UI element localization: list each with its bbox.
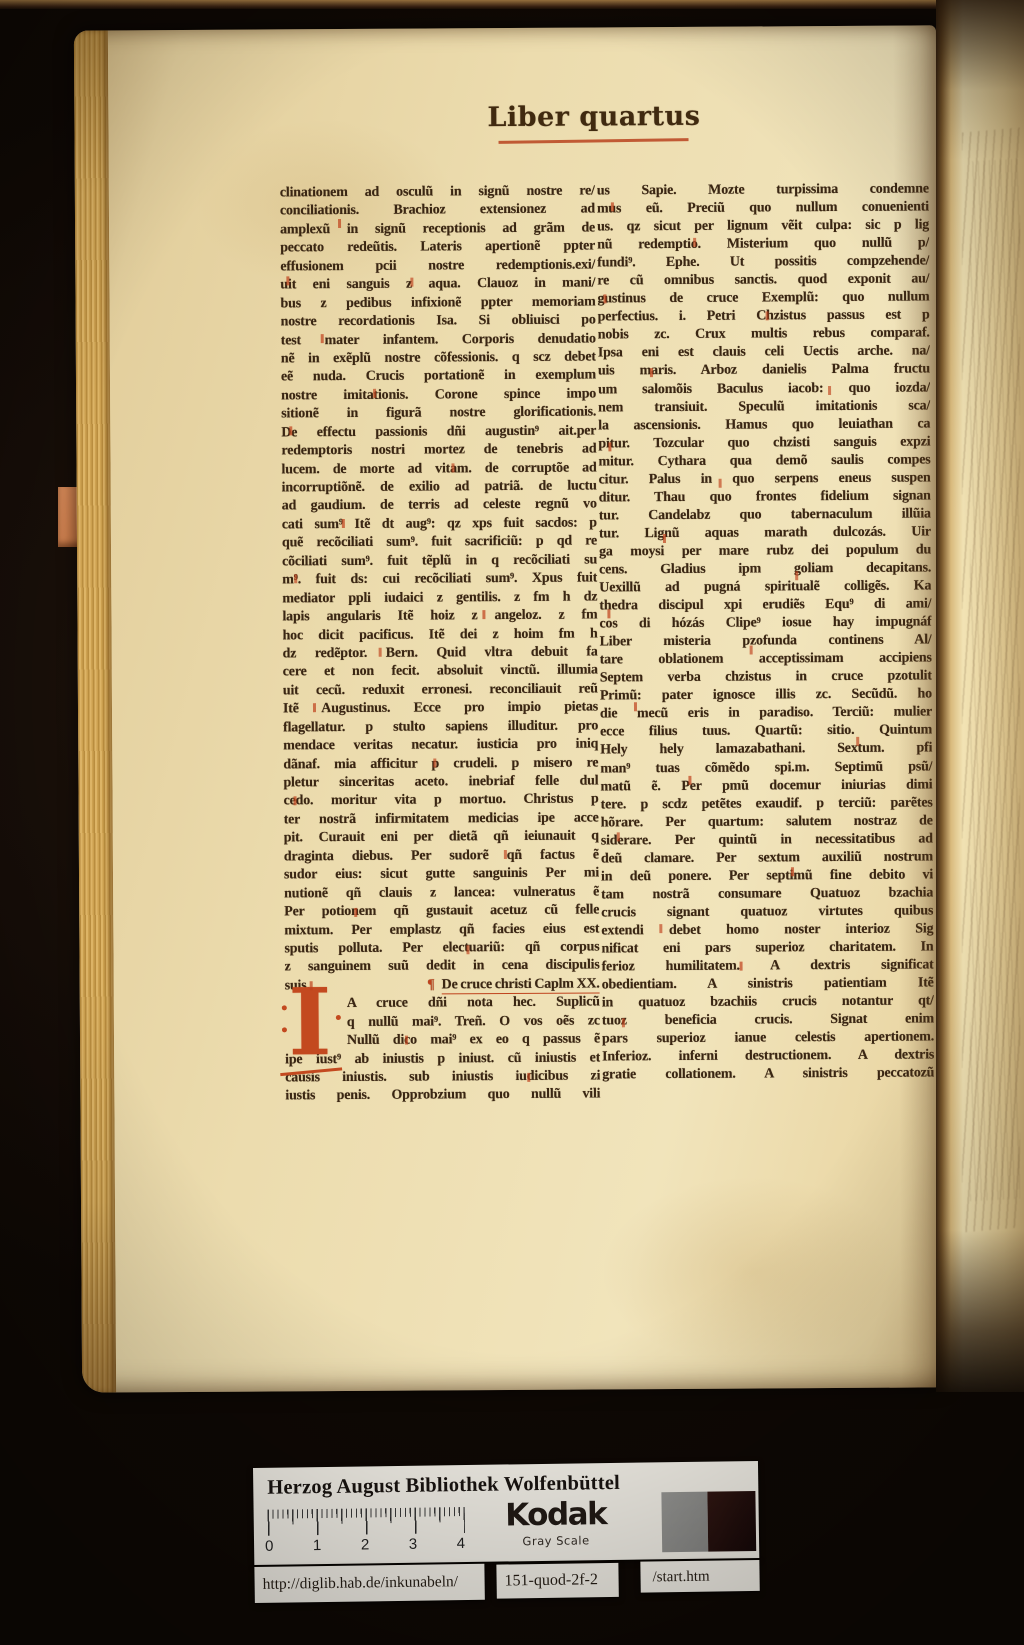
chapter-heading: De cruce christi Caplm XX. xyxy=(442,976,600,995)
text-line: Uexillũ ad pugná spiritualẽ colligẽs. Ka xyxy=(599,577,931,597)
text-line: us Sapie. Mozte turpissima condemne xyxy=(597,180,929,200)
text-line: tare oblationem acceptissimam accipiens xyxy=(600,650,932,670)
header-underline xyxy=(499,138,689,143)
facing-page-edge xyxy=(936,0,1024,1392)
gray-patch xyxy=(661,1492,708,1553)
text-line: test mater infantem. Corporis denudatio xyxy=(281,330,596,350)
text-line: pitur. Tozcular quo chzisti sanguis expz… xyxy=(598,433,930,453)
ruler-ticks xyxy=(268,1507,465,1538)
text-line: uis maris. Arboz danielis Palma fructu xyxy=(598,361,930,381)
text-line: man⁹ tuas cõmẽdo spi.m. Septimũ psũ/ xyxy=(600,758,932,778)
text-line: nificat eni pars superioz charitatem. In xyxy=(601,938,933,958)
text-line: cere et non fecit. absoluit vinctũ. illu… xyxy=(283,662,598,682)
ruler-number: 2 xyxy=(361,1536,370,1554)
text-line: tam nostrã consumare Quatuoz bzachia xyxy=(601,884,933,904)
text-line: tuoz beneficia crucis. Signat enim xyxy=(602,1011,934,1031)
text-line: tur. Candelabz quo tabernaculum illũia xyxy=(599,505,931,525)
text-line: nostre imitationis. Corone spince impo xyxy=(281,385,596,405)
text-line: matũ ẽ. Per pmũ docemur iniurias dimi xyxy=(600,776,932,796)
text-line: clinationem ad osculũ in signũ nostre re… xyxy=(280,182,595,202)
ruler-numbers: 01234 xyxy=(265,1535,465,1556)
text-line: De effectu passionis dñi augustin⁹ ait.p… xyxy=(281,422,596,442)
text-line: cens. Gladius ipm goliam decapitans. xyxy=(599,559,931,579)
text-line: hoc dicit pacificus. Itẽ dei z hoim fm h xyxy=(282,625,597,645)
text-line: ecce filius tuus. Quartũ: sitio. Quintum xyxy=(600,722,932,742)
kodak-logo: Kodak xyxy=(495,1497,615,1533)
text-line: iustis penis. Opprobzium quo nullũ vili xyxy=(285,1086,600,1106)
text-line: sitionẽ in figurã nostre glorificationis… xyxy=(281,404,596,424)
text-line: um salomõis Baculus iacob: quo iozda/ xyxy=(598,379,930,399)
text-line: ad gaudium. de terris ad celeste regnũ v… xyxy=(282,496,597,516)
text-line: nostre recordationis Isa. Si obliuisci p… xyxy=(281,312,596,332)
start-page-path: /start.htm xyxy=(652,1564,709,1591)
text-line: deũ clamare. Per sextum auxiliũ nostrum xyxy=(601,848,933,868)
text-line: pit. Curauit eni per dietã qñ ieiunauit … xyxy=(284,828,599,848)
ruler-number: 1 xyxy=(313,1537,322,1555)
text-line: sudor eius: sicut gutte sanguinis Per mi xyxy=(284,865,599,885)
text-line: mitur. Cythara qua demõ saulis compes xyxy=(598,451,930,471)
text-line: m⁹. fuit ds: cui recõciliati sum⁹. Xpus … xyxy=(282,570,597,590)
gray-scale-label: Gray Scale xyxy=(496,1533,616,1549)
fore-edge xyxy=(74,30,116,1392)
text-line: nũ redemptio. Misterium quo nullũ p/ xyxy=(597,235,929,255)
text-line: nobis zc. Crux multis rebus comparaf. xyxy=(598,325,930,345)
text-line: crucis signant quatuoz virtutes quibus xyxy=(601,902,933,922)
text-line: Hely hely lamazabathani. Sextum. pfi xyxy=(600,740,932,760)
text-line: lucem. de morte ad vitam. de corruptõe a… xyxy=(281,459,596,479)
facing-page-text-showthrough xyxy=(970,159,1020,1202)
text-line: siderare. Per quintũ in necessitatibus a… xyxy=(601,830,933,850)
text-line: gustinus de cruce Exemplũ: quo nullum xyxy=(597,289,929,309)
text-line: quẽ recõciliati sum⁹. fuit sacrificiũ: p… xyxy=(282,533,597,553)
text-line: nutionẽ qñ clauis z lancea: vulneratus ẽ xyxy=(284,883,599,903)
text-line: mendace veritas necatur. iusticia pro in… xyxy=(283,736,598,756)
text-line: obedientiam. A sinistris patientiam Itẽ xyxy=(602,974,934,994)
text-line: tur. Lignũ aquas marath dulcozás. Uir xyxy=(599,523,931,543)
color-target-label: Herzog August Bibliothek Wolfenbüttel 01… xyxy=(253,1461,760,1610)
text-line: ter nostrã infirmitatem medicias ipe acc… xyxy=(284,809,599,829)
text-line: thedra discipul xpi erudiẽs Equ⁹ di ami/ xyxy=(599,595,931,615)
table-edge xyxy=(0,0,1024,9)
text-line: Per potionem qñ gustauit acetuz cũ felle xyxy=(284,902,599,922)
text-line: mus eũ. Preciũ quo nullum conuenienti xyxy=(597,198,929,218)
text-line: citur. Palus in quo serpens eneus suspen xyxy=(599,469,931,489)
text-line: nem transiuit. Speculũ imitationis sca/ xyxy=(598,397,930,417)
text-line: perfectius. i. Petri Chzistus passus est… xyxy=(598,307,930,327)
text-line: ga moysi per mare rubz dei populum du xyxy=(599,541,931,561)
black-patch xyxy=(707,1491,756,1552)
text-line: effusionem pcii nostre redemptionis.exi/ xyxy=(280,256,595,276)
text-line: mediator ppli iudaici z gentilis. z fm h… xyxy=(282,588,597,608)
text-line: ferioz humilitatem. A dextris significat xyxy=(602,956,934,976)
page-stain xyxy=(601,1176,902,1368)
text-line: la ascensionis. Hamus quo leuiathan ca xyxy=(598,415,930,435)
text-line: draginta diebus. Per sudorẽ qñ factus ẽ xyxy=(284,846,599,866)
text-line: pletur sinceritas aceto. inebriaf felle … xyxy=(283,772,598,792)
text-line: in deũ ponere. Per septimũ fine debito v… xyxy=(601,866,933,886)
text-line: amplexũ in signũ receptionis ad grãm de xyxy=(280,219,595,239)
text-line: lapis angularis Itẽ hoiz z angeloz. z fm xyxy=(282,607,597,627)
text-line: gratie collationem. A sinistris peccatoz… xyxy=(602,1065,934,1085)
text-line: re cũ omnibus sanctis. quod exponit au/ xyxy=(597,271,929,291)
text-line: uit eni sanguis z aqua. Clauoz in mani/ xyxy=(280,275,595,295)
text-line: die mecũ eris in paradiso. Terciũ: mulie… xyxy=(600,704,932,724)
text-line: flagellatur. p stulto sapiens illuditur.… xyxy=(283,717,598,737)
text-line: ditur. Thau quo frontes fidelium signan xyxy=(599,487,931,507)
text-line: in quatuoz bzachiis crucis notantur qt/ xyxy=(602,993,934,1013)
text-line: nẽ in exẽplũ nostre cõfessionis. q scz d… xyxy=(281,348,596,368)
text-line: tere. p scdz petẽtes exaudif. p terciũ: … xyxy=(601,794,933,814)
page-header-title: Liber quartus xyxy=(486,101,701,134)
text-line: z sanguinem suũ dedit in cena discipulis xyxy=(285,957,600,977)
scan-photo: Liber quartus clinationem ad osculũ in s… xyxy=(0,0,1024,1645)
text-line: cõciliati sum⁹. fuit tẽplũ in q recõcili… xyxy=(282,551,597,571)
book-page: Liber quartus clinationem ad osculũ in s… xyxy=(74,25,944,1392)
text-line: redemptoris nostri mortez de tenebris ad xyxy=(281,441,596,461)
ruler-number: 3 xyxy=(409,1536,418,1554)
text-line: conciliationis. Brachioz extensionez ad xyxy=(280,201,595,221)
text-line: hõrare. Per quartum: salutem nostraz de xyxy=(601,812,933,832)
text-line: Septem verba chzistus in cruce pzotulit xyxy=(600,668,932,688)
text-line: mixtum. Per emplastz qñ facies eius est xyxy=(284,920,599,940)
text-line: peccato redeũtis. Lateris apertionẽ ppte… xyxy=(280,238,595,258)
ruler-number: 4 xyxy=(457,1535,466,1553)
ruler-number: 0 xyxy=(265,1538,274,1556)
text-column-right: us Sapie. Mozte turpissima condemnemus e… xyxy=(597,180,935,1084)
text-line: incorruptiõnẽ. de exilio ad patriã. de l… xyxy=(282,477,597,497)
ruler: 01234 xyxy=(268,1507,469,1562)
digitization-url: http://diglib.hab.de/inkunabeln/ xyxy=(262,1569,458,1598)
text-line: dãnaf. mia afficitur p crudeli. p misero… xyxy=(283,754,598,774)
text-line: Primũ: pater ignosce illis zc. Secũdũ. h… xyxy=(600,686,932,706)
text-line: extendi debet homo noster interioz Sig xyxy=(601,920,933,940)
text-line: cos di hózás Clipe⁹ iosue hay impugnáf xyxy=(599,614,931,634)
text-line: fundi⁹. Ephe. Ut possitis compzehende/ xyxy=(597,253,929,273)
text-line: dz redẽptor. Bern. Quid vltra debuit fa xyxy=(283,643,598,663)
text-line: bus z pedibus infixionẽ ppter memoriam xyxy=(280,293,595,313)
shelfmark: 151-quod-2f-2 xyxy=(504,1567,598,1594)
text-line: cati sum⁹ Itẽ dt aug⁹: qz xps fuit sacdo… xyxy=(282,514,597,534)
text-line: Inferioz. inferni destructionem. A dextr… xyxy=(602,1047,934,1067)
text-line: cedo. moritur vita p mortuo. Christus p xyxy=(284,791,599,811)
text-line: sputis polluta. Per electuariũ: qñ corpu… xyxy=(284,938,599,958)
text-line: us. qz sicut per lignum vẽit culpa: sic … xyxy=(597,217,929,237)
text-line: Liber misteria pzofunda continens Al/ xyxy=(600,632,932,652)
text-line: Ipsa eni est clauis celi Uectis arche. n… xyxy=(598,343,930,363)
text-line: uit cecũ. reduxit erronesi. reconciliaui… xyxy=(283,680,598,700)
text-line: pars superioz ianue celestis apertionem. xyxy=(602,1029,934,1049)
drop-cap-initial: I xyxy=(278,979,343,1075)
text-line: Itẽ Augustinus. Ecce pro impio pietas xyxy=(283,699,598,719)
pilcrow-icon: ¶ xyxy=(427,977,434,992)
text-line: eẽ nuda. Crucis portationẽ in exemplum xyxy=(281,367,596,387)
